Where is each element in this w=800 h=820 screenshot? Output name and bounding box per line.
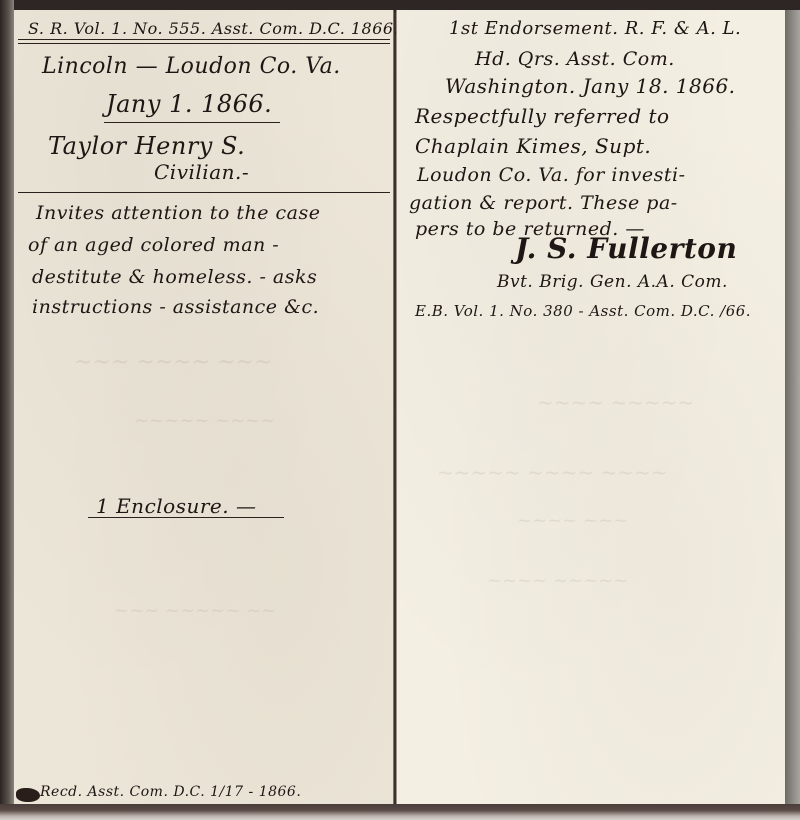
- right-page: 1st Endorsement. R. F. & A. L. Hd. Qrs. …: [396, 10, 785, 806]
- enclosure-note: 1 Enclosure. —: [96, 494, 256, 518]
- endorsement-line-3: Washington. Jany 18. 1866.: [445, 74, 736, 98]
- signature: J. S. Fullerton: [515, 232, 737, 265]
- summary-line-2: of an aged colored man -: [28, 234, 279, 256]
- bleed-through-text: ~~~~ ~~~: [517, 510, 628, 531]
- endorsement-line-6: Loudon Co. Va. for investi-: [417, 164, 686, 186]
- signature-title: Bvt. Brig. Gen. A.A. Com.: [497, 272, 728, 292]
- endorsement-line-1: 1st Endorsement. R. F. & A. L.: [449, 18, 741, 39]
- left-page: S. R. Vol. 1. No. 555. Asst. Com. D.C. 1…: [14, 10, 394, 806]
- bleed-through-text: ~~~ ~~~~ ~~~: [74, 350, 272, 375]
- bleed-through-text: ~~~~ ~~~~~: [487, 570, 628, 591]
- place: Lincoln — Loudon Co. Va.: [42, 54, 341, 79]
- book-edge-right: [785, 10, 800, 810]
- received-footer: Recd. Asst. Com. D.C. 1/17 - 1866.: [40, 784, 301, 800]
- summary-line-1: Invites attention to the case: [36, 202, 320, 224]
- endorsement-line-7: gation & report. These pa-: [409, 192, 678, 214]
- summary-line-4: instructions - assistance &c.: [32, 296, 319, 318]
- endorsement-line-4: Respectfully referred to: [415, 104, 670, 128]
- correspondent-name: Taylor Henry S.: [48, 132, 245, 160]
- correspondent-status: Civilian.-: [154, 160, 249, 184]
- summary-line-3: destitute & homeless. - asks: [32, 266, 317, 288]
- header-rule-2: [18, 43, 390, 44]
- date-underline: [104, 122, 280, 123]
- scan-frame-left: [0, 0, 14, 820]
- endorsement-line-5: Chaplain Kimes, Supt.: [415, 134, 651, 158]
- bleed-through-text: ~~~~~ ~~~~ ~~~~: [437, 460, 668, 484]
- endorsement-line-2: Hd. Qrs. Asst. Com.: [475, 48, 675, 70]
- bleed-through-text: ~~~~ ~~~~~: [537, 390, 694, 414]
- bleed-through-text: ~~~~~ ~~~~: [134, 410, 275, 431]
- enclosure-underline: [88, 517, 284, 518]
- section-rule: [18, 192, 390, 193]
- bleed-through-text: ~~~ ~~~~~ ~~: [114, 600, 276, 621]
- endorsement-book-reference: E.B. Vol. 1. No. 380 - Asst. Com. D.C. /…: [415, 302, 751, 320]
- register-header: S. R. Vol. 1. No. 555. Asst. Com. D.C. 1…: [28, 19, 399, 38]
- date: Jany 1. 1866.: [106, 90, 272, 118]
- header-rule: [18, 39, 390, 40]
- scan-frame-bottom: [0, 804, 800, 820]
- ink-blot: [16, 788, 40, 802]
